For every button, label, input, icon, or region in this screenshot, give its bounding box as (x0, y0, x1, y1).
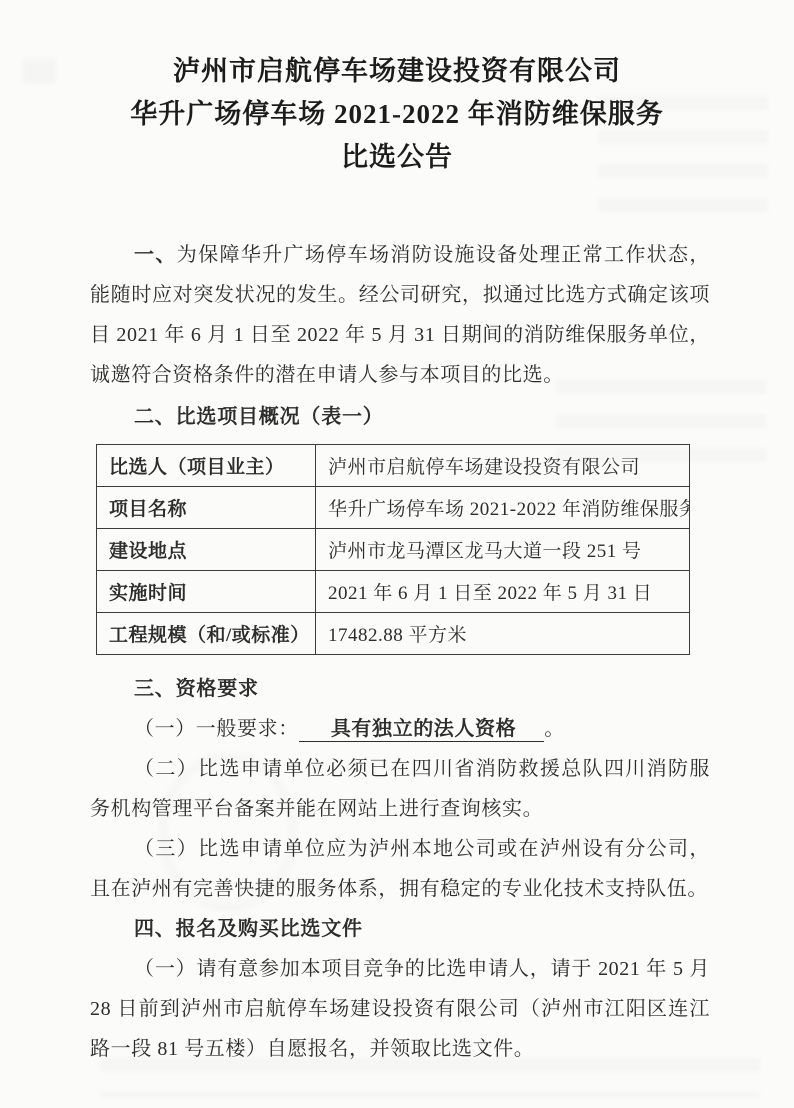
table-label-location: 建设地点 (97, 529, 316, 571)
table-value-scale: 17482.88 平方米 (316, 613, 690, 655)
section-three-heading: 三、资格要求 (90, 669, 710, 709)
qualification-item-1-prefix: （一）一般要求： (134, 718, 299, 740)
table-value-location: 泸州市龙马潭区龙马大道一段 251 号 (316, 529, 690, 571)
qualification-item-1-suffix: 。 (544, 718, 565, 740)
section-four-heading: 四、报名及购买比选文件 (90, 909, 710, 949)
section-one-paragraph: 一、为保障华升广场停车场消防设施设备处理正常工作状态，能随时应对突发状况的发生。… (90, 235, 710, 395)
qualification-item-1: （一）一般要求：具有独立的法人资格。 (90, 709, 710, 749)
table-row: 工程规模（和/或标准） 17482.88 平方米 (97, 613, 690, 655)
project-overview-table: 比选人（项目业主） 泸州市启航停车场建设投资有限公司 项目名称 华升广场停车场 … (96, 444, 690, 655)
qualification-item-3: （三）比选申请单位应为泸州本地公司或在泸州设有分公司，且在泸州有完善快捷的服务体… (90, 829, 710, 909)
section-one-text: 为保障华升广场停车场消防设施设备处理正常工作状态，能随时应对突发状况的发生。经公… (90, 244, 710, 386)
document-title: 泸州市启航停车场建设投资有限公司 华升广场停车场 2021-2022 年消防维保… (0, 0, 794, 179)
registration-item-1: （一）请有意参加本项目竞争的比选申请人，请于 2021 年 5 月 28 日前到… (90, 949, 710, 1069)
table-value-project-name: 华升广场停车场 2021-2022 年消防维保服务 (316, 487, 690, 529)
table-label-scale: 工程规模（和/或标准） (97, 613, 316, 655)
table-row: 建设地点 泸州市龙马潭区龙马大道一段 251 号 (97, 529, 690, 571)
scanned-document-page: 泸州市启航停车场建设投资有限公司 华升广场停车场 2021-2022 年消防维保… (0, 0, 794, 1108)
table-label-schedule: 实施时间 (97, 571, 316, 613)
section-two-heading: 二、比选项目概况（表一） (90, 397, 710, 437)
document-body: 一、为保障华升广场停车场消防设施设备处理正常工作状态，能随时应对突发状况的发生。… (0, 235, 794, 1069)
table-label-bidder: 比选人（项目业主） (97, 445, 316, 487)
section-one-number: 一、 (134, 244, 177, 266)
table-label-project-name: 项目名称 (97, 487, 316, 529)
table-row: 比选人（项目业主） 泸州市启航停车场建设投资有限公司 (97, 445, 690, 487)
table-row: 实施时间 2021 年 6 月 1 日至 2022 年 5 月 31 日 (97, 571, 690, 613)
table-row: 项目名称 华升广场停车场 2021-2022 年消防维保服务 (97, 487, 690, 529)
table-value-schedule: 2021 年 6 月 1 日至 2022 年 5 月 31 日 (316, 571, 690, 613)
qualification-item-2: （二）比选申请单位必须已在四川省消防救援总队四川消防服务机构管理平台备案并能在网… (90, 749, 710, 829)
title-line-notice-type: 比选公告 (0, 136, 794, 179)
title-line-company: 泸州市启航停车场建设投资有限公司 (0, 50, 794, 93)
qualification-item-1-underlined-value: 具有独立的法人资格 (299, 718, 544, 742)
table-value-bidder: 泸州市启航停车场建设投资有限公司 (316, 445, 690, 487)
title-line-project: 华升广场停车场 2021-2022 年消防维保服务 (0, 93, 794, 136)
